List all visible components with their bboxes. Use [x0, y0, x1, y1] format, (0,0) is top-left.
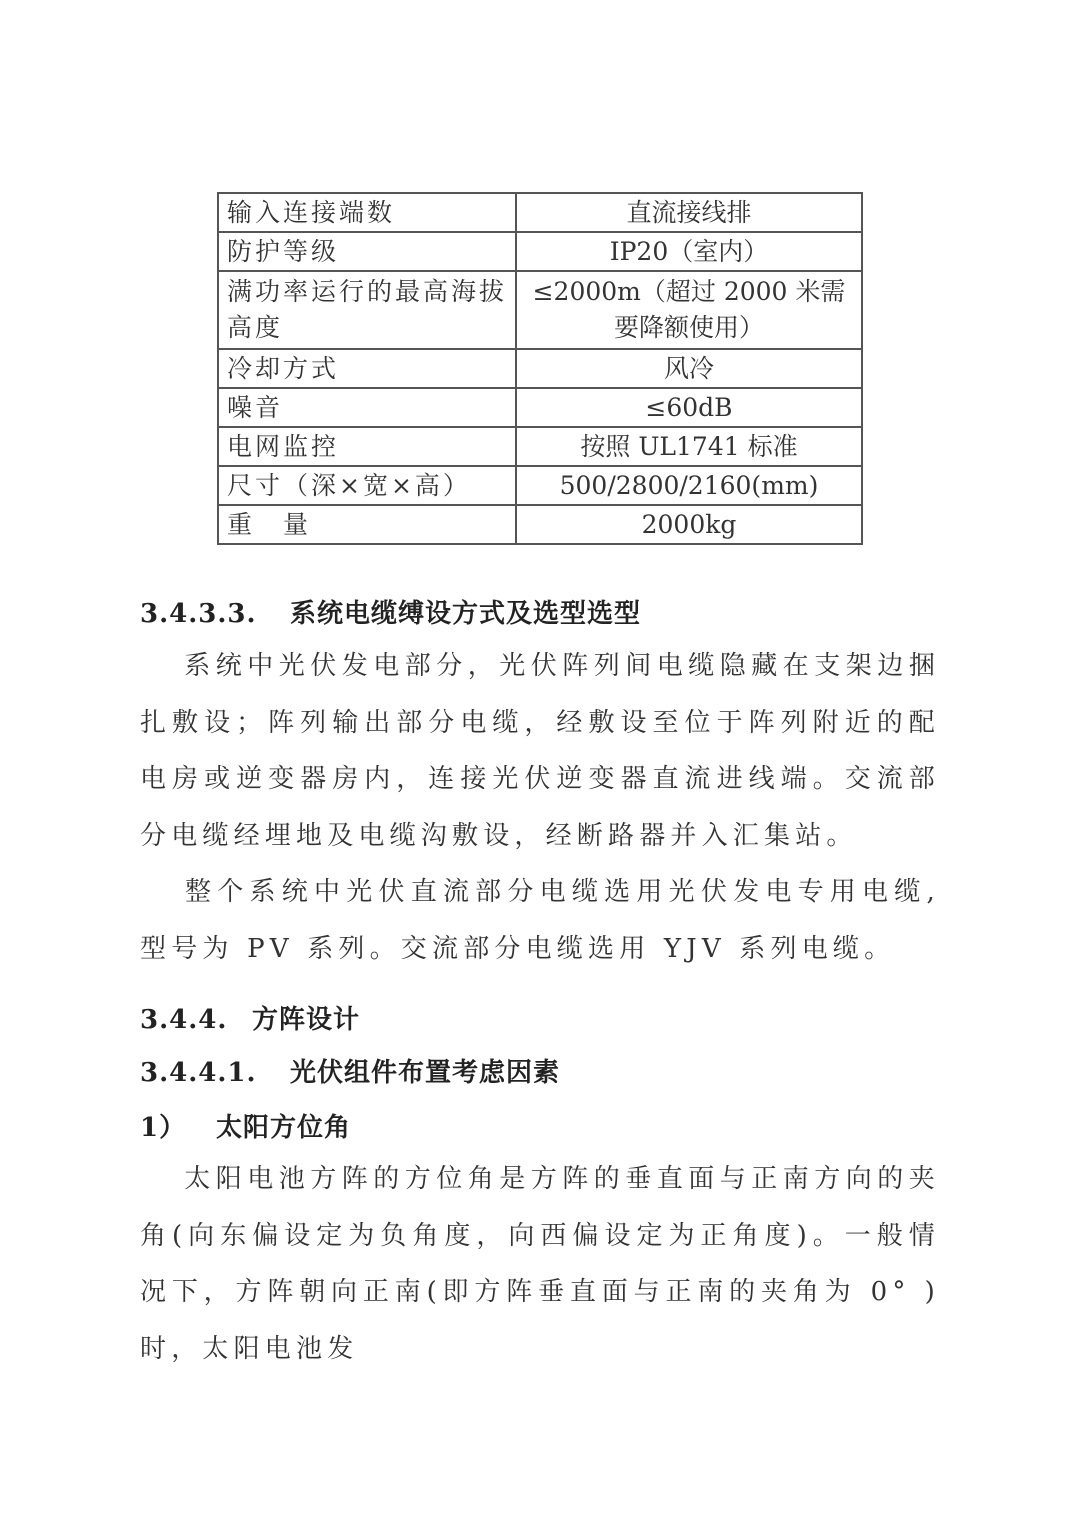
spec-key: 输入连接端数 — [218, 193, 516, 232]
section-number: 3.4.4.1. — [140, 1058, 290, 1088]
spec-value: 500/2800/2160(mm) — [516, 466, 862, 505]
item-title: 太阳方位角 — [216, 1113, 351, 1143]
paragraph-cable-laying: 系统中光伏发电部分，光伏阵列间电缆隐藏在支架边捆扎敷设；阵列输出部分电缆，经敷设… — [140, 638, 940, 864]
section-title: 系统电缆缚设方式及选型选型 — [290, 599, 641, 629]
spec-value: ≤2000m（超过 2000 米需要降额使用） — [516, 271, 862, 349]
spec-key: 尺寸（深×宽×高） — [218, 466, 516, 505]
section-heading-3-4-4-1: 3.4.4.1.光伏组件布置考虑因素 — [140, 1052, 560, 1089]
table-row: 满功率运行的最高海拔高度 ≤2000m（超过 2000 米需要降额使用） — [218, 271, 862, 349]
table-row: 防护等级 IP20（室内） — [218, 232, 862, 271]
spec-table: 输入连接端数 直流接线排 防护等级 IP20（室内） 满功率运行的最高海拔高度 … — [217, 192, 863, 545]
section-heading-3-4-3-3: 3.4.3.3.系统电缆缚设方式及选型选型 — [140, 593, 641, 630]
spec-key: 防护等级 — [218, 232, 516, 271]
spec-value: 直流接线排 — [516, 193, 862, 232]
paragraph-cable-selection: 整个系统中光伏直流部分电缆选用光伏发电专用电缆,型号为 PV 系列。交流部分电缆… — [140, 864, 940, 977]
table-row: 冷却方式 风冷 — [218, 349, 862, 388]
table-row: 输入连接端数 直流接线排 — [218, 193, 862, 232]
spec-key: 冷却方式 — [218, 349, 516, 388]
section-title: 方阵设计 — [252, 1005, 360, 1035]
table-row: 电网监控 按照 UL1741 标准 — [218, 427, 862, 466]
paragraph-text: 太阳电池方阵的方位角是方阵的垂直面与正南方向的夹角(向东偏设定为负角度，向西偏设… — [140, 1164, 940, 1364]
spec-key: 满功率运行的最高海拔高度 — [218, 271, 516, 349]
table-row: 重 量 2000kg — [218, 505, 862, 544]
spec-value: IP20（室内） — [516, 232, 862, 271]
spec-value: 按照 UL1741 标准 — [516, 427, 862, 466]
paragraph-solar-azimuth: 太阳电池方阵的方位角是方阵的垂直面与正南方向的夹角(向东偏设定为负角度，向西偏设… — [140, 1151, 940, 1377]
item-heading-solar-azimuth: 1）太阳方位角 — [140, 1107, 351, 1144]
spec-key: 重 量 — [218, 505, 516, 544]
section-title: 光伏组件布置考虑因素 — [290, 1058, 560, 1088]
section-number: 3.4.4. — [140, 1005, 252, 1035]
paragraph-text: 整个系统中光伏直流部分电缆选用光伏发电专用电缆,型号为 PV 系列。交流部分电缆… — [140, 877, 940, 964]
spec-value: 风冷 — [516, 349, 862, 388]
table-row: 尺寸（深×宽×高） 500/2800/2160(mm) — [218, 466, 862, 505]
section-number: 3.4.3.3. — [140, 599, 290, 629]
spec-key: 电网监控 — [218, 427, 516, 466]
table-row: 噪音 ≤60dB — [218, 388, 862, 427]
item-number: 1） — [140, 1107, 216, 1144]
spec-value: 2000kg — [516, 505, 862, 544]
spec-key: 噪音 — [218, 388, 516, 427]
section-heading-3-4-4: 3.4.4.方阵设计 — [140, 999, 360, 1036]
spec-value: ≤60dB — [516, 388, 862, 427]
paragraph-text: 系统中光伏发电部分，光伏阵列间电缆隐藏在支架边捆扎敷设；阵列输出部分电缆，经敷设… — [140, 651, 940, 851]
